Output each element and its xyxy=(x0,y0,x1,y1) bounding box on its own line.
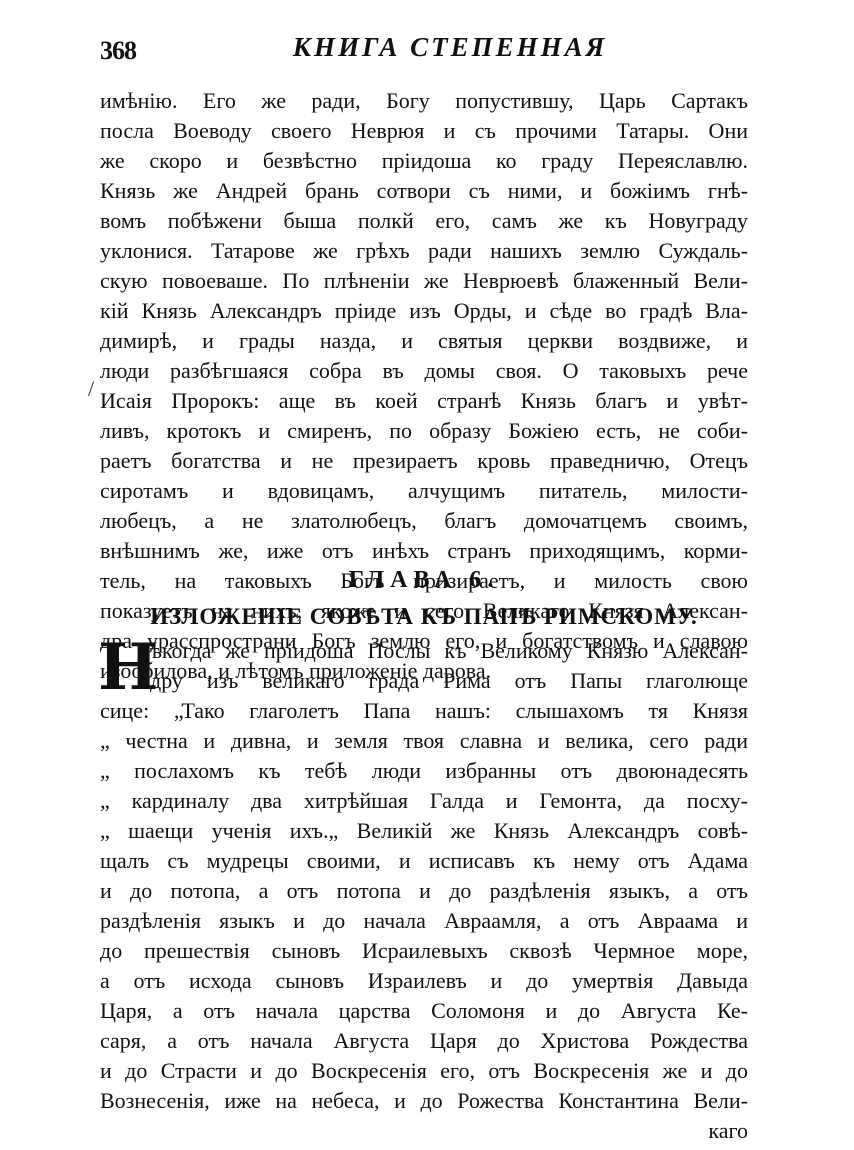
text-line: же скоро и безвѣстно пріидоша ко граду П… xyxy=(100,146,748,176)
text-line: имѣнію. Его же ради, Богу попустившу, Ца… xyxy=(100,86,748,116)
text-line: „ честна и дивна, и земля твоя славна и … xyxy=(100,726,748,756)
text-line: и до потопа, а отъ потопа и до раздѣлені… xyxy=(100,876,748,906)
text-line: до прешествія сыновъ Исраилевыхъ сквозѣ … xyxy=(100,936,748,966)
paragraph-1: имѣнію. Его же ради, Богу попустившу, Ца… xyxy=(100,86,748,686)
text-line: Исаія Пророкъ: аще въ коей странѣ Князь … xyxy=(100,386,748,416)
catchword: каго xyxy=(100,1116,748,1146)
text-line: раетъ богатства и не презираетъ кровь пр… xyxy=(100,446,748,476)
text-line: а отъ исхода сыновъ Израилевъ и до умерт… xyxy=(100,966,748,996)
text-line: Царя, а отъ начала царства Соломоня и до… xyxy=(100,996,748,1026)
text-line: „ шаещи ученія ихъ.„ Великій же Князь Ал… xyxy=(100,816,748,846)
chapter-subtitle: ИЗЛОЖЕНІЕ СОВѢТА КЪ ПАПѢ РИМСКОМУ. xyxy=(100,604,748,630)
text-line: ливъ, кротокъ и смиренъ, по образу Божіе… xyxy=(100,416,748,446)
text-line: кій Князь Александръ пріиде изъ Орды, и … xyxy=(100,296,748,326)
text-line: щалъ съ мудрецы своими, и исписавъ къ не… xyxy=(100,846,748,876)
text-line: посла Воеводу своего Неврюя и съ прочими… xyxy=(100,116,748,146)
text-line: уклонися. Татарове же грѣхъ ради нашихъ … xyxy=(100,236,748,266)
book-page: 368 КНИГА СТЕПЕННАЯ / имѣнію. Его же рад… xyxy=(0,0,854,1150)
text-line: люди разбѣгшаяся собра въ домы своя. О т… xyxy=(100,356,748,386)
text-line: димирѣ, и грады назда, и святыя церкви в… xyxy=(100,326,748,356)
paragraph-2: Н ѣкогда же пріидоша Послы къ Великому К… xyxy=(100,636,748,1146)
text-line: ѣкогда же пріидоша Послы къ Великому Кня… xyxy=(100,636,748,666)
chapter-title: ГЛАВА 6. xyxy=(100,567,748,594)
text-line: внѣшнимъ же, иже отъ инѣхъ странъ приход… xyxy=(100,536,748,566)
margin-pencil-mark: / xyxy=(88,376,94,402)
text-line: саря, а отъ начала Августа Царя до Христ… xyxy=(100,1026,748,1056)
text-line: Князь же Андрей брань сотвори съ ними, и… xyxy=(100,176,748,206)
text-line: Вознесенія, иже на небеса, и до Рожества… xyxy=(100,1086,748,1116)
text-line: раздѣленія языкъ и до начала Авраамля, а… xyxy=(100,906,748,936)
text-line: сице: „Тако глаголетъ Папа нашъ: слышахо… xyxy=(100,696,748,726)
text-line: дру изъ великаго града Рима отъ Папы гла… xyxy=(100,666,748,696)
text-line: сиротамъ и вдовицамъ, алчущимъ питатель,… xyxy=(100,476,748,506)
running-head: 368 КНИГА СТЕПЕННАЯ xyxy=(100,32,760,72)
text-line: вомъ побѣжени быша полкй его, самъ же къ… xyxy=(100,206,748,236)
text-line: и до Страсти и до Воскресенія его, отъ В… xyxy=(100,1056,748,1086)
text-line: „ кардиналу два хитрѣйшая Галда и Гемонт… xyxy=(100,786,748,816)
text-line: любецъ, а не златолюбецъ, благъ домочатц… xyxy=(100,506,748,536)
text-line: скую повоеваше. По плѣненіи же Неврюевѣ … xyxy=(100,266,748,296)
text-line: „ послахомъ къ тебѣ люди избранны отъ дв… xyxy=(100,756,748,786)
drop-cap: Н xyxy=(98,640,158,696)
book-title: КНИГА СТЕПЕННАЯ xyxy=(100,32,760,63)
